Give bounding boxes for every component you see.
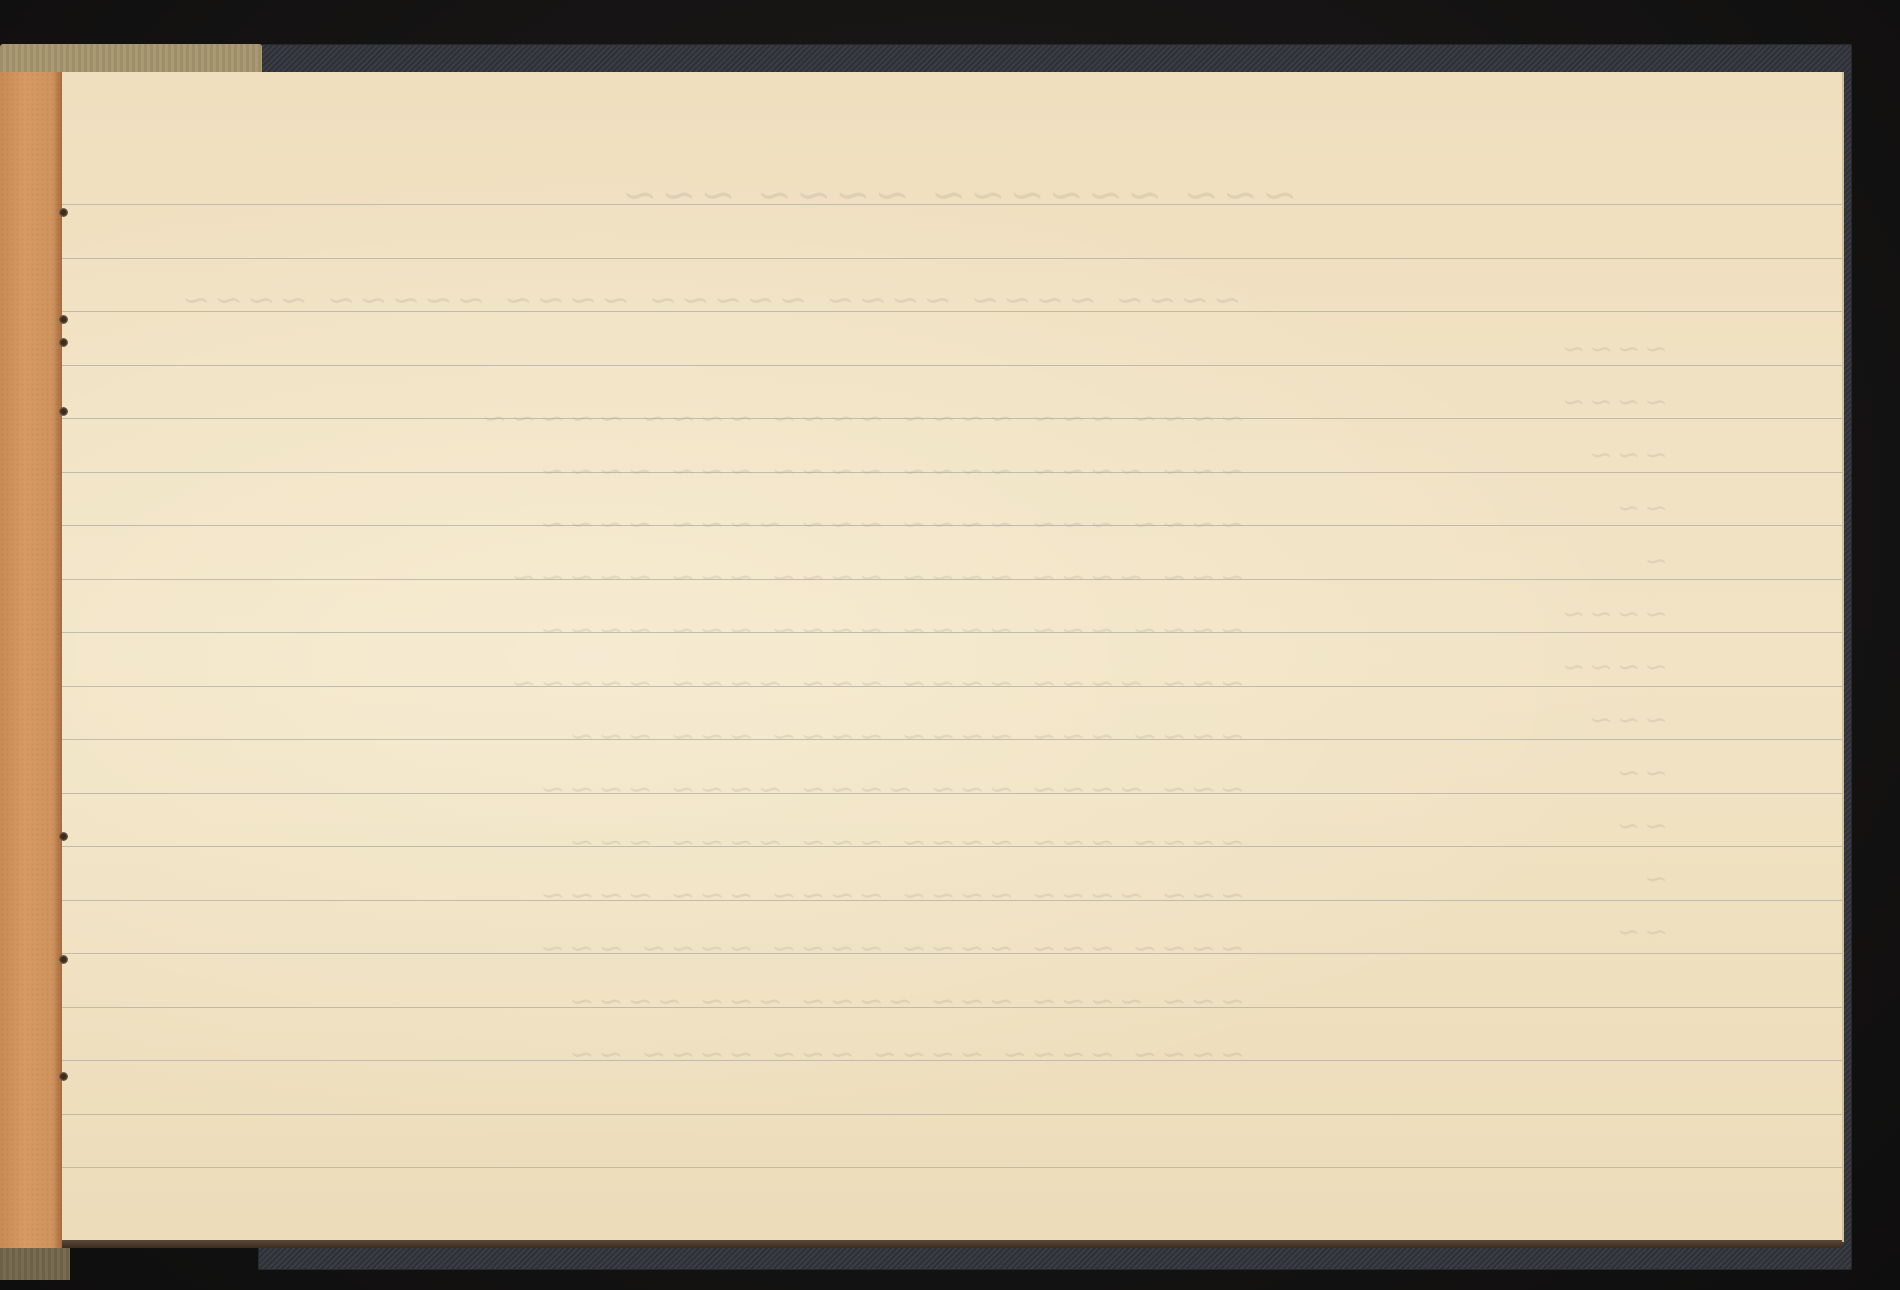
ruled-line bbox=[58, 258, 1842, 259]
ruled-line bbox=[58, 418, 1842, 419]
orange-endpaper bbox=[0, 72, 62, 1248]
ruled-line bbox=[58, 365, 1842, 366]
bleed-through-title: ~~~ ~~~~~~ ~~~~ ~~~ bbox=[618, 170, 1297, 219]
ruled-line bbox=[58, 579, 1842, 580]
ruled-line bbox=[58, 739, 1842, 740]
ruled-line bbox=[58, 900, 1842, 901]
stitch-hole bbox=[59, 208, 68, 217]
ruled-line bbox=[58, 793, 1842, 794]
bleed-through-header: ~~~~ ~~~~ ~~~~ ~~~~~ ~~~~ ~~~~~ ~~~~ bbox=[178, 280, 1242, 320]
ruled-line bbox=[58, 204, 1842, 205]
ruled-line bbox=[58, 1167, 1842, 1168]
ruled-line bbox=[58, 311, 1842, 312]
ruled-line bbox=[58, 1060, 1842, 1061]
ruled-line bbox=[58, 472, 1842, 473]
ruled-line bbox=[58, 632, 1842, 633]
stitch-hole bbox=[59, 338, 68, 347]
stitch-hole bbox=[59, 315, 68, 324]
ruled-line bbox=[58, 953, 1842, 954]
stitch-hole bbox=[59, 407, 68, 416]
stitch-hole bbox=[59, 955, 68, 964]
ruled-page: ~~~ ~~~~~~ ~~~~ ~~~ ~~~~ ~~~~ ~~~~ ~~~~~… bbox=[58, 72, 1842, 1242]
stitch-hole bbox=[59, 832, 68, 841]
bleed-through-rows: ~~~~ ~~~ ~~~~ ~~~~ ~~~~ ~~~~~~~~ ~~~~ ~~… bbox=[478, 392, 1245, 1081]
ruled-line bbox=[58, 525, 1842, 526]
stitch-hole bbox=[59, 1072, 68, 1081]
ruled-line bbox=[58, 846, 1842, 847]
page-edge bbox=[58, 1240, 1842, 1248]
ruled-line bbox=[58, 1007, 1842, 1008]
ruled-line bbox=[58, 1114, 1842, 1115]
ruled-line bbox=[58, 686, 1842, 687]
